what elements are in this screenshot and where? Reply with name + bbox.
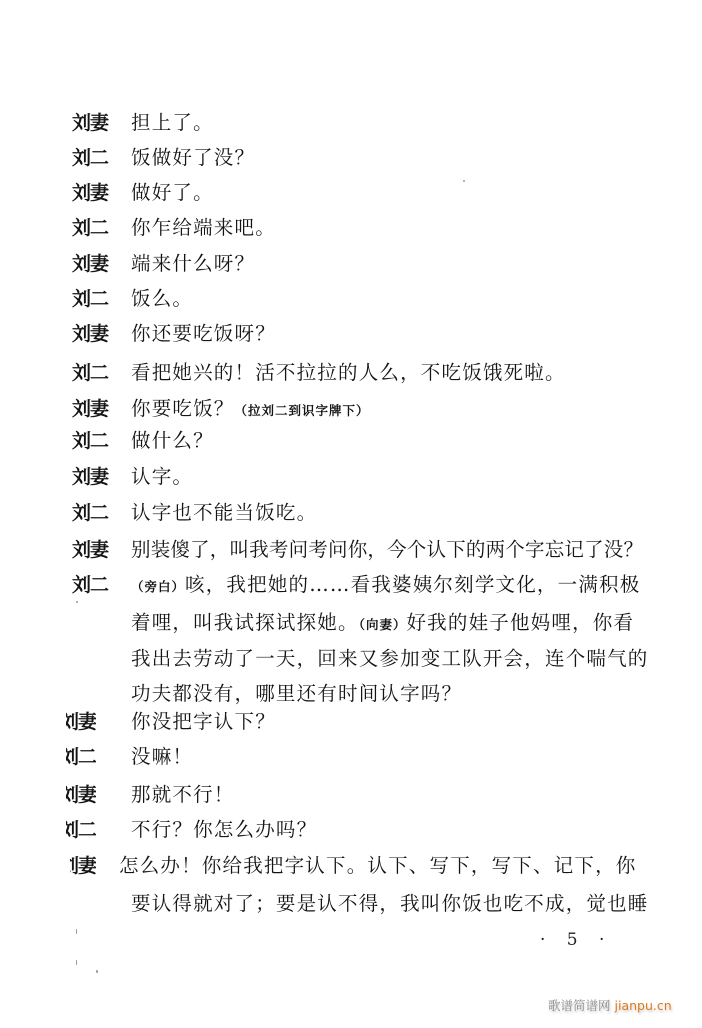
- speech-text: 没嘛！: [131, 742, 193, 772]
- speaker-name: 刘二: [72, 570, 108, 600]
- speech-main: 着哩，叫我试探试探她。: [131, 611, 359, 634]
- speech-text: 功夫都没有，哪里还有时间认字吗？: [131, 679, 462, 709]
- speaker-name: 刘二: [72, 143, 108, 173]
- scan-speck: [76, 929, 77, 934]
- speech-text: 看把她兴的！活不拉拉的人么，不吃饭饿死啦。: [131, 358, 566, 388]
- speaker-name: 刘二: [72, 213, 108, 243]
- speech-text: 饭么。: [131, 284, 193, 314]
- speech-text: （旁白）咳，我把她的……看我婆姨尔刻学文化，一满积极: [131, 570, 640, 602]
- speaker-name: 刘妻: [60, 851, 96, 881]
- speaker-name: 刘妻: [60, 707, 96, 737]
- speaker-name: 刘二: [60, 815, 96, 845]
- speech-text: 饭做好了没？: [131, 143, 255, 173]
- speaker-name: 刘妻: [72, 462, 108, 492]
- speech-text: 认字。: [131, 462, 193, 492]
- speech-text: 怎么办！你给我把字认下。认下、写下，写下、记下，你: [119, 851, 637, 881]
- scan-speck: [96, 970, 98, 973]
- speech-text: 我出去劳动了一天，回来又参加变工队开会，连个喘气的: [131, 644, 649, 674]
- watermark-chinese: 歌谱简谱网: [548, 998, 611, 1013]
- speaker-name: 刘妻: [72, 319, 108, 349]
- speaker-name: 刘二: [72, 358, 108, 388]
- stage-direction: （向妻）: [359, 617, 407, 632]
- speech-text: 不行？你怎么办吗？: [131, 815, 317, 845]
- speech-after: 好我的娃子他妈哩，你看: [406, 611, 634, 634]
- speaker-name: 刘妻: [72, 535, 108, 565]
- stage-direction: （旁白）: [131, 579, 185, 594]
- speech-text: 着哩，叫我试探试探她。（向妻）好我的娃子他妈哩，你看: [131, 608, 634, 640]
- speech-text: 认字也不能当饭吃。: [131, 498, 317, 528]
- speech-main: 咳，我把她的……看我婆姨尔刻学文化，一满积极: [185, 573, 640, 596]
- scanned-script-page: 刘妻 担上了。 刘二 饭做好了没？ 刘妻 做好了。 刘二 你乍给端来吧。 刘妻 …: [0, 0, 702, 1028]
- speaker-name: 刘二: [60, 742, 96, 772]
- speaker-name: 刘妻: [72, 108, 108, 138]
- speech-text: 你还要吃饭呀？: [131, 319, 276, 349]
- site-watermark: 歌谱简谱网 jianpu.cn: [548, 996, 672, 1014]
- speaker-name: 刘妻: [72, 394, 108, 424]
- stage-direction: （拉刘二到识字牌下）: [235, 403, 370, 418]
- speaker-name: 刘二: [72, 284, 108, 314]
- scan-speck: [463, 180, 465, 182]
- speaker-name: 刘妻: [60, 780, 96, 810]
- speech-text: 担上了。: [131, 108, 214, 138]
- speech-main: 你要吃饭？: [131, 397, 235, 420]
- speaker-name: 刘妻: [72, 178, 108, 208]
- speech-text: 别装傻了，叫我考问考问你，今个认下的两个字忘记了没？: [131, 535, 643, 565]
- speaker-name: 刘妻: [72, 249, 108, 279]
- speaker-name: 刘二: [72, 426, 108, 456]
- speech-text: 你乍给端来吧。: [131, 213, 276, 243]
- speech-text: 要认得就对了；要是认不得，我叫你饭也吃不成，觉也睡: [131, 889, 649, 919]
- speech-text: 做什么？: [131, 426, 214, 456]
- speech-text: 端来什么呀？: [131, 249, 255, 279]
- speech-text: 你要吃饭？（拉刘二到识字牌下）: [131, 394, 370, 426]
- speech-text: 做好了。: [131, 178, 214, 208]
- scan-speck: [76, 601, 78, 603]
- speech-text: 那就不行！: [131, 780, 235, 810]
- speaker-name: 刘二: [72, 498, 108, 528]
- page-number: · 5 ·: [540, 930, 612, 950]
- scan-speck: [76, 960, 77, 965]
- speech-text: 你没把字认下？: [131, 707, 276, 737]
- watermark-latin: jianpu.cn: [615, 998, 672, 1013]
